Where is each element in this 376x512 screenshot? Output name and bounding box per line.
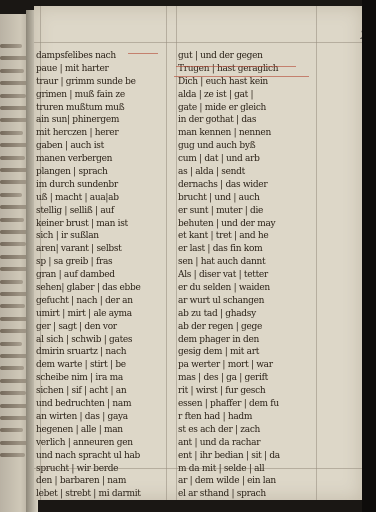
facing-page-text-line	[0, 280, 23, 284]
manuscript-line: scheibe nim | ira ma	[36, 372, 164, 385]
manuscript-line: Trugen | hast geraglich	[178, 63, 318, 76]
manuscript-line: sichen | sif | acht | an	[36, 385, 164, 398]
manuscript-line: gate | mide er gleich	[178, 102, 318, 115]
facing-page-text-line	[0, 366, 24, 370]
manuscript-line: dampsfelibes nach	[36, 50, 164, 63]
rubric-underline	[128, 53, 158, 54]
manuscript-line: sich | ir sußlan	[36, 230, 164, 243]
manuscript-line: cum | dat | und arb	[178, 153, 318, 166]
rubric-underline	[174, 76, 309, 77]
manuscript-line: umirt | mirt | ale ayma	[36, 308, 164, 321]
manuscript-line: ab zu tad | ghadsy	[178, 308, 318, 321]
manuscript-line: sen | hat auch dannt	[178, 256, 318, 269]
manuscript-line: man kennen | nennen	[178, 127, 318, 140]
manuscript-line: an wirten | das | gaya	[36, 411, 164, 424]
manuscript-line: brucht | und | auch	[178, 192, 318, 205]
facing-page-text-line	[0, 304, 25, 308]
manuscript-line: Als | diser vat | tetter	[178, 269, 318, 282]
facing-page-text-line	[0, 342, 22, 346]
manuscript-line: Dich | euch hast kein	[178, 76, 318, 89]
manuscript-line: stellig | selliß | auf	[36, 205, 164, 218]
manuscript-line: ar wurt ul schangen	[178, 295, 318, 308]
manuscript-line: rit | wirst | fur gesch	[178, 385, 318, 398]
manuscript-line: in der gothat | das	[178, 114, 318, 127]
manuscript-line: er last | das fin kom	[178, 243, 318, 256]
manuscript-line: plangen | sprach	[36, 166, 164, 179]
manuscript-line: lebet | strebt | mi darmit	[36, 488, 164, 501]
facing-page-text-line	[0, 180, 27, 184]
manuscript-line: ent | ihr bedian | sit | da	[178, 450, 318, 463]
ruling-line	[176, 6, 177, 500]
right-text-column: gut | und der gegenTrugen | hast geragli…	[178, 50, 318, 501]
manuscript-line: er sunt | muter | die	[178, 205, 318, 218]
manuscript-line: hegenen | alle | man	[36, 424, 164, 437]
manuscript-line: gefucht | nach | der an	[36, 295, 164, 308]
manuscript-line: verlich | anneuren gen	[36, 437, 164, 450]
manuscript-line: gut | und der gegen	[178, 50, 318, 63]
manuscript-line: ab der regen | gege	[178, 321, 318, 334]
manuscript-line: mit herczen | herer	[36, 127, 164, 140]
facing-page-text-line	[0, 391, 26, 395]
facing-page-text-line	[0, 131, 23, 135]
manuscript-line: gaben | auch ist	[36, 140, 164, 153]
facing-page-text-line	[0, 193, 22, 197]
manuscript-line: ger | sagt | den vor	[36, 321, 164, 334]
manuscript-line: und nach spracht ul hab	[36, 450, 164, 463]
facing-page-text-line	[0, 267, 28, 271]
facing-page-text-line	[0, 242, 26, 246]
manuscript-line: ant | und da rachar	[178, 437, 318, 450]
manuscript-line: pa werter | mort | war	[178, 359, 318, 372]
manuscript-line: dernachs | das wider	[178, 179, 318, 192]
manuscript-line: mas | des | ga | gerift	[178, 372, 318, 385]
manuscript-line: essen | phaffer | dem fu	[178, 398, 318, 411]
manuscript-line: truren mußtum muß	[36, 102, 164, 115]
manuscript-line: paue | mit harter	[36, 63, 164, 76]
manuscript-line: gran | auf dambed	[36, 269, 164, 282]
left-text-column: dampsfelibes nachpaue | mit hartertraur …	[36, 50, 164, 501]
facing-page-text-line	[0, 428, 23, 432]
ruling-line	[166, 6, 167, 500]
facing-page-text-line	[0, 56, 29, 60]
facing-page-text-line	[0, 44, 22, 48]
manuscript-page: 279 dampsfelibes nachpaue | mit hartertr…	[34, 6, 362, 500]
manuscript-line: gesig dem | mit art	[178, 346, 318, 359]
manuscript-line: sprucht | wir berde	[36, 463, 164, 476]
facing-page-text-line	[0, 94, 26, 98]
manuscript-line: traur | grimm sunde be	[36, 76, 164, 89]
facing-page-text-line	[0, 453, 25, 457]
manuscript-line: as | alda | sendt	[178, 166, 318, 179]
manuscript-line: grimen | muß fain ze	[36, 89, 164, 102]
manuscript-line: den | barbaren | nam	[36, 475, 164, 488]
facing-page-text-line	[0, 329, 27, 333]
manuscript-line: ain sun| phinergem	[36, 114, 164, 127]
manuscript-line: st es ach der | zach	[178, 424, 318, 437]
manuscript-line: et kant | tret | and he	[178, 230, 318, 243]
manuscript-line: dem warte | stirt | be	[36, 359, 164, 372]
manuscript-line: el ar sthand | sprach	[178, 488, 318, 501]
facing-page-text-line	[0, 69, 24, 73]
manuscript-line: keiner brust | man ist	[36, 218, 164, 231]
facing-page-text-line	[0, 218, 24, 222]
manuscript-line: uß | macht | aua|ab	[36, 192, 164, 205]
manuscript-line: dmirin sruartz | nach	[36, 346, 164, 359]
facing-page-text-line	[0, 416, 28, 420]
manuscript-line: r ften had | hadm	[178, 411, 318, 424]
facing-page-text-line	[0, 118, 28, 122]
manuscript-line: im durch sundenbr	[36, 179, 164, 192]
manuscript-line: al sich | schwib | gates	[36, 334, 164, 347]
manuscript-line: gug und auch byß	[178, 140, 318, 153]
manuscript-line: m da mit | selde | all	[178, 463, 318, 476]
manuscript-line: ar | dem wilde | ein lan	[178, 475, 318, 488]
manuscript-line: sp | sa greib | fras	[36, 256, 164, 269]
dark-background-edge	[362, 0, 376, 512]
manuscript-line: alda | ze ist | gat |	[178, 89, 318, 102]
manuscript-line: und bedruchten | nam	[36, 398, 164, 411]
manuscript-line: manen verbergen	[36, 153, 164, 166]
manuscript-line: aren| varant | selbst	[36, 243, 164, 256]
manuscript-line: dem phager in den	[178, 334, 318, 347]
manuscript-line: er du selden | waiden	[178, 282, 318, 295]
manuscript-line: behuten | und der may	[178, 218, 318, 231]
facing-page-text-line	[0, 205, 29, 209]
facing-page-text-line	[0, 354, 29, 358]
rubric-underline	[176, 66, 296, 67]
manuscript-line: sehen| glaber | das ebbe	[36, 282, 164, 295]
facing-page-text-line	[0, 156, 25, 160]
ruling-line	[34, 42, 362, 43]
